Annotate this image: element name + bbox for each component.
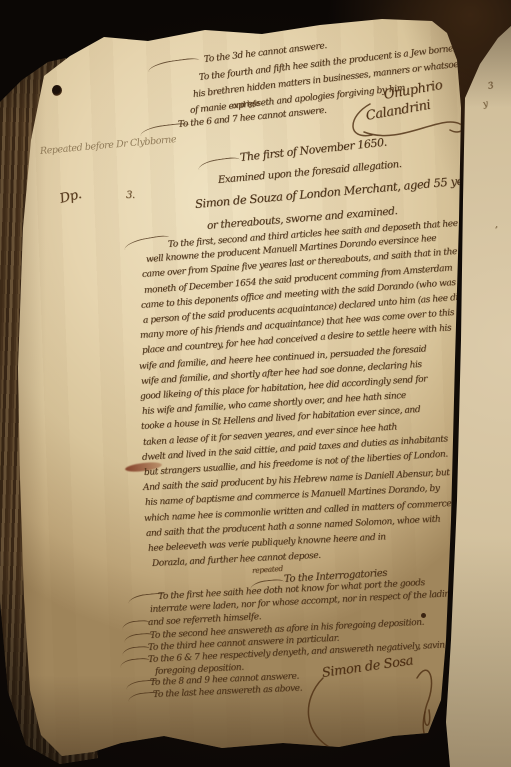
facing-page-mark: y xyxy=(482,99,489,110)
facing-page-mark: , xyxy=(495,220,497,230)
bracket-stroke xyxy=(123,234,170,250)
bracket-stroke xyxy=(122,620,151,630)
bracket-stroke xyxy=(120,657,151,668)
date-heading: The first of November 1650. xyxy=(239,136,387,164)
manuscript-photo: Ju: 3 y , To the 3d he cannot answere. T… xyxy=(0,0,511,767)
margin-note: Repeated before Dr Clybborne xyxy=(40,134,177,157)
bracket-stroke xyxy=(122,646,151,656)
deposition-number: 3. xyxy=(126,190,135,201)
wormhole xyxy=(52,85,62,96)
body-line: Dorazla, and further hee cannot depose. xyxy=(152,551,321,569)
bracket-stroke xyxy=(197,156,240,170)
facing-page-mark: Ju: xyxy=(469,38,483,51)
manuscript-page: To the 3d he cannot answere. To the four… xyxy=(0,0,511,767)
deposition-mark: Dp. xyxy=(58,187,83,207)
bracket-stroke xyxy=(147,57,200,72)
interlinear-insert: repeated xyxy=(252,564,283,575)
facing-page-mark: 3 xyxy=(487,81,494,92)
